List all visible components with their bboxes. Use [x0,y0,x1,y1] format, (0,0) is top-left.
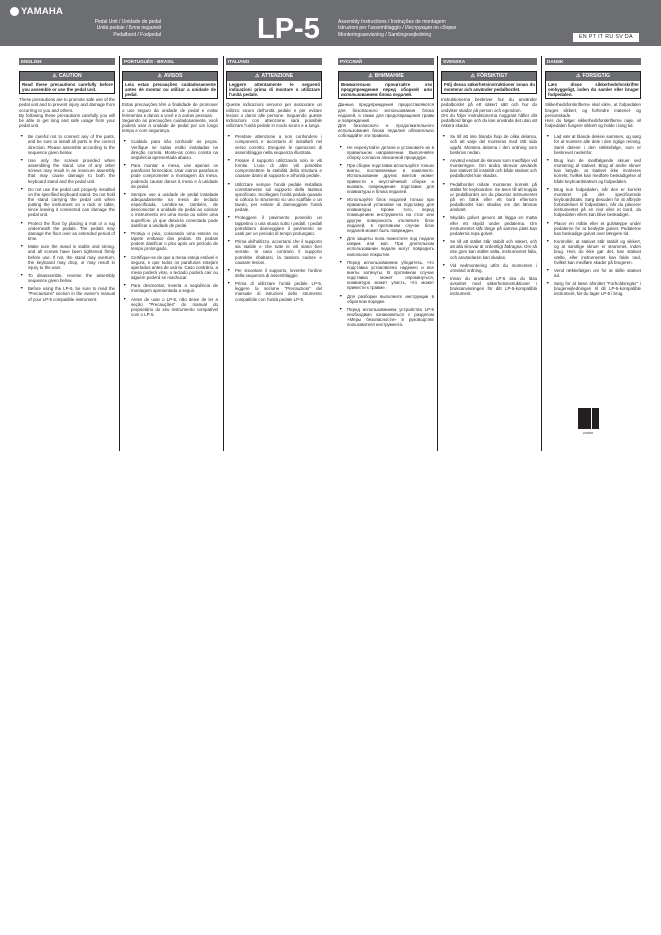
precaution-list: Be careful not to connect any of the par… [19,134,115,302]
warning-triangle-icon: ⚠ [576,72,580,81]
list-item: Proteja o piso, colocando uma esteira ou… [122,231,218,252]
column-swedish: SVENSKA ⚠FÖRSIKTIGT Följ dessa säkerhets… [441,58,537,300]
precaution-list: Cuidado para não confundir as peças. Ver… [122,139,218,317]
list-item: Innan du använder LP-5 ska du läsa avsni… [441,276,537,297]
caution-header: ⚠ВНИМАНИЕ [339,72,433,81]
list-item: Utilizzare sempre l'unità pedale install… [226,182,322,213]
caution-text: Læs disse sikkerhedsforskrifter omhyggel… [546,81,640,98]
intro-paragraph: By following these precautions carefully… [19,113,115,128]
column-danish: DANSK ⚠FORSIGTIG Læs disse sikkerhedsfor… [545,58,641,300]
list-item: Se till att inte blanda ihop de olika de… [441,134,537,155]
list-item: Перед использованием устройства LP-5 нео… [338,307,434,328]
caution-header: ⚠FORSIGTIG [546,72,640,81]
intro-paragraph: Sikkerhedsforskrifterne skal sikre, at f… [545,102,641,117]
product-name-line: Pedalbord / Fodpedal [95,32,161,38]
caution-box: ⚠FÖRSIKTIGT Följ dessa säkerhetsinstrukt… [441,71,537,94]
list-item: Prima dell'utilizzo, accertarsi che il s… [226,239,322,265]
list-item: Använd endast de skruvar som medföljer v… [441,158,537,179]
column-divider [223,56,224,451]
header-band: YAMAHA Pedal Unit / Unidade de pedal Uni… [0,0,661,46]
yamaha-logo: YAMAHA [10,6,63,17]
warning-triangle-icon: ⚠ [255,72,259,81]
caution-text: Följ dessa säkerhetsinstruktioner innan … [442,81,536,93]
list-item: Protect the floor by placing a mat or a … [19,221,115,242]
intro-paragraph: Instruktionerna beskriver hur du använde… [441,97,537,112]
list-item: Lad vær at blande delene sammen, og sørg… [545,134,641,155]
list-item: Vend rækkefølgen om for at skille stativ… [545,268,641,278]
caution-box: ⚠ATTENZIONE Leggere attentamente le segu… [226,71,322,99]
list-item: При сборке подставки используйте только … [338,163,434,194]
language-heading: SVENSKA [441,58,537,65]
caution-text: Leia estas precauções cuidadosamente ant… [123,81,217,98]
warning-triangle-icon: ⚠ [157,72,161,81]
warning-triangle-icon: ⚠ [471,72,475,81]
list-item: Para montar a mesa, use apenas os parafu… [122,163,218,189]
list-item: Skydda golvet genom att lägga en matta e… [441,215,537,236]
list-item: Не перепутайте детали и установите их в … [338,145,434,160]
column-italian: ITALIANO ⚠ATTENZIONE Leggere attentament… [226,58,322,305]
caution-box: ⚠FORSIGTIG Læs disse sikkerhedsforskrift… [545,71,641,99]
column-english: ENGLISH ⚠CAUTION Read these precautions … [19,58,115,305]
caution-text: Read these precautions carefully before … [20,81,114,93]
precaution-list: Lad vær at blande delene sammen, og sørg… [545,134,641,296]
language-heading: РУССКИЙ [338,58,434,65]
document-titles: Assembly Instructions / Instruções de mo… [338,19,456,38]
intro-paragraph: Queste indicazioni servono per assicurar… [226,102,322,128]
tuning-fork-logo-icon [10,7,19,16]
warning-triangle-icon: ⚠ [52,72,56,81]
list-item: Certifique-se de que a mesa esteja estáv… [122,255,218,281]
list-item: Brug kun fodpedalen, når den er korrekt … [545,187,641,218]
list-item: Перед использованием убедитесь, что подс… [338,260,434,291]
list-item: Pedalbordet måste monteras korrekt på st… [441,182,537,213]
caution-title: AVISOS [164,73,183,79]
list-item: Brug kun de medfølgende skruer ved monte… [545,158,641,184]
list-item: Используйте блок педалей только при прав… [338,197,434,233]
intro-paragraph: Om du följer instruktionerna noggrant hå… [441,113,537,128]
document-title-line: Monteringsanvisning / Samlingsvejledning [338,32,456,38]
caution-title: ВНИМАНИЕ [375,73,404,79]
list-item: Sørg for at læse afsnittet "Forholdsregl… [545,281,641,296]
brand-name: YAMAHA [21,6,63,17]
intro-paragraph: Seguindo as precauções cuidadosamente, v… [122,118,218,133]
list-item: Kontrollér, at stativet står stabilt og … [545,239,641,265]
list-item: Be careful not to connect any of the par… [19,134,115,155]
precaution-list: Se till att inte blanda ihop de olika de… [441,134,537,296]
language-heading: ENGLISH [19,58,115,65]
list-item: Prestare attenzione a non confondere i c… [226,134,322,155]
list-item: Make sure the stand is stable and strong… [19,244,115,270]
list-item: Prima di utilizzare l'unità pedale LP-5,… [226,281,322,302]
list-item: Use only the screws provided when assemb… [19,158,115,184]
caution-title: CAUTION [59,73,82,79]
column-divider [119,56,120,451]
precaution-list: Prestare attenzione a non confondere i c… [226,134,322,302]
list-item: Proteggere il pavimento ponendo un tappe… [226,215,322,236]
caution-header: ⚠ATTENZIONE [227,72,321,81]
caution-title: FORSIGTIG [582,73,610,79]
product-name-line: Unità pedale / Блок педалей [95,25,161,31]
list-item: Para desmontar, inverta a seqüência de m… [122,283,218,293]
column-divider [541,56,542,451]
column-russian: РУССКИЙ ⚠ВНИМАНИЕ Внимательно прочитайте… [338,58,434,331]
column-divider [437,56,438,451]
list-item: Before using the LP-5, be sure to read t… [19,286,115,301]
list-item: Se till att stället står stabilt och säk… [441,239,537,260]
print-mark-icon [578,408,599,429]
language-badge: EN PT IT RU SV DA [573,33,639,42]
model-number: LP-5 [257,14,320,44]
list-item: To disassemble, reverse the assembly seq… [19,273,115,283]
list-item: Cuidado para não confundir as peças. Ver… [122,139,218,160]
list-item: Для защиты пола поместите под педали ков… [338,236,434,257]
list-item: Fissare il supporto utilizzando solo le … [226,158,322,179]
list-item: Per smontare il supporto, invertire l'or… [226,268,322,278]
language-heading: PORTUGUÊS - BRASIL [122,58,218,65]
caution-text: Leggere attentamente le seguenti indicaz… [227,81,321,98]
caution-text: Внимательно прочитайте эти предупреждени… [339,81,433,98]
list-item: Sempre use a unidade de pedal instalada … [122,192,218,228]
caution-box: ⚠CAUTION Read these precautions carefull… [19,71,115,94]
list-item: Do not use the pedal unit properly insta… [19,187,115,218]
caution-title: ATTENZIONE [261,73,293,79]
column-portuguese: PORTUGUÊS - BRASIL ⚠AVISOS Leia estas pr… [122,58,218,320]
list-item: Vid nedmontering utför du momenten i omv… [441,263,537,273]
caution-box: ⚠ВНИМАНИЕ Внимательно прочитайте эти пре… [338,71,434,99]
precaution-list: Не перепутайте детали и установите их в … [338,145,434,328]
product-names: Pedal Unit / Unidade de pedal Unità peda… [95,19,161,38]
list-item: Для разборки выполните инструкции в обра… [338,294,434,304]
language-heading: ITALIANO [226,58,322,65]
list-item: Placer en måtte eller et gulvtæppe under… [545,221,641,236]
list-item: Antes de usar o LP-5, não deixe de ler a… [122,297,218,318]
intro-paragraph: Estas precauções têm a finalidade de pro… [122,102,218,117]
language-heading: DANSK [545,58,641,65]
caution-header: ⚠FÖRSIKTIGT [442,72,536,81]
document-title-line: Istruzioni per l'assemblaggio / Инструкц… [338,25,456,31]
caution-title: FÖRSIKTIGT [477,73,507,79]
caution-box: ⚠AVISOS Leia estas precauções cuidadosam… [122,71,218,99]
intro-paragraph: These precautions are to promote safe us… [19,97,115,112]
print-mark-label: ZJ0000 [583,431,593,435]
caution-header: ⚠AVISOS [123,72,217,81]
intro-paragraph: Данные предупреждения предоставляются дл… [338,102,434,123]
warning-triangle-icon: ⚠ [368,72,372,81]
intro-paragraph: Для безопасного и продолжительного испол… [338,123,434,138]
caution-header: ⚠CAUTION [20,72,114,81]
intro-paragraph: Hvis du følger sikkerhedsforskrifterne n… [545,118,641,128]
